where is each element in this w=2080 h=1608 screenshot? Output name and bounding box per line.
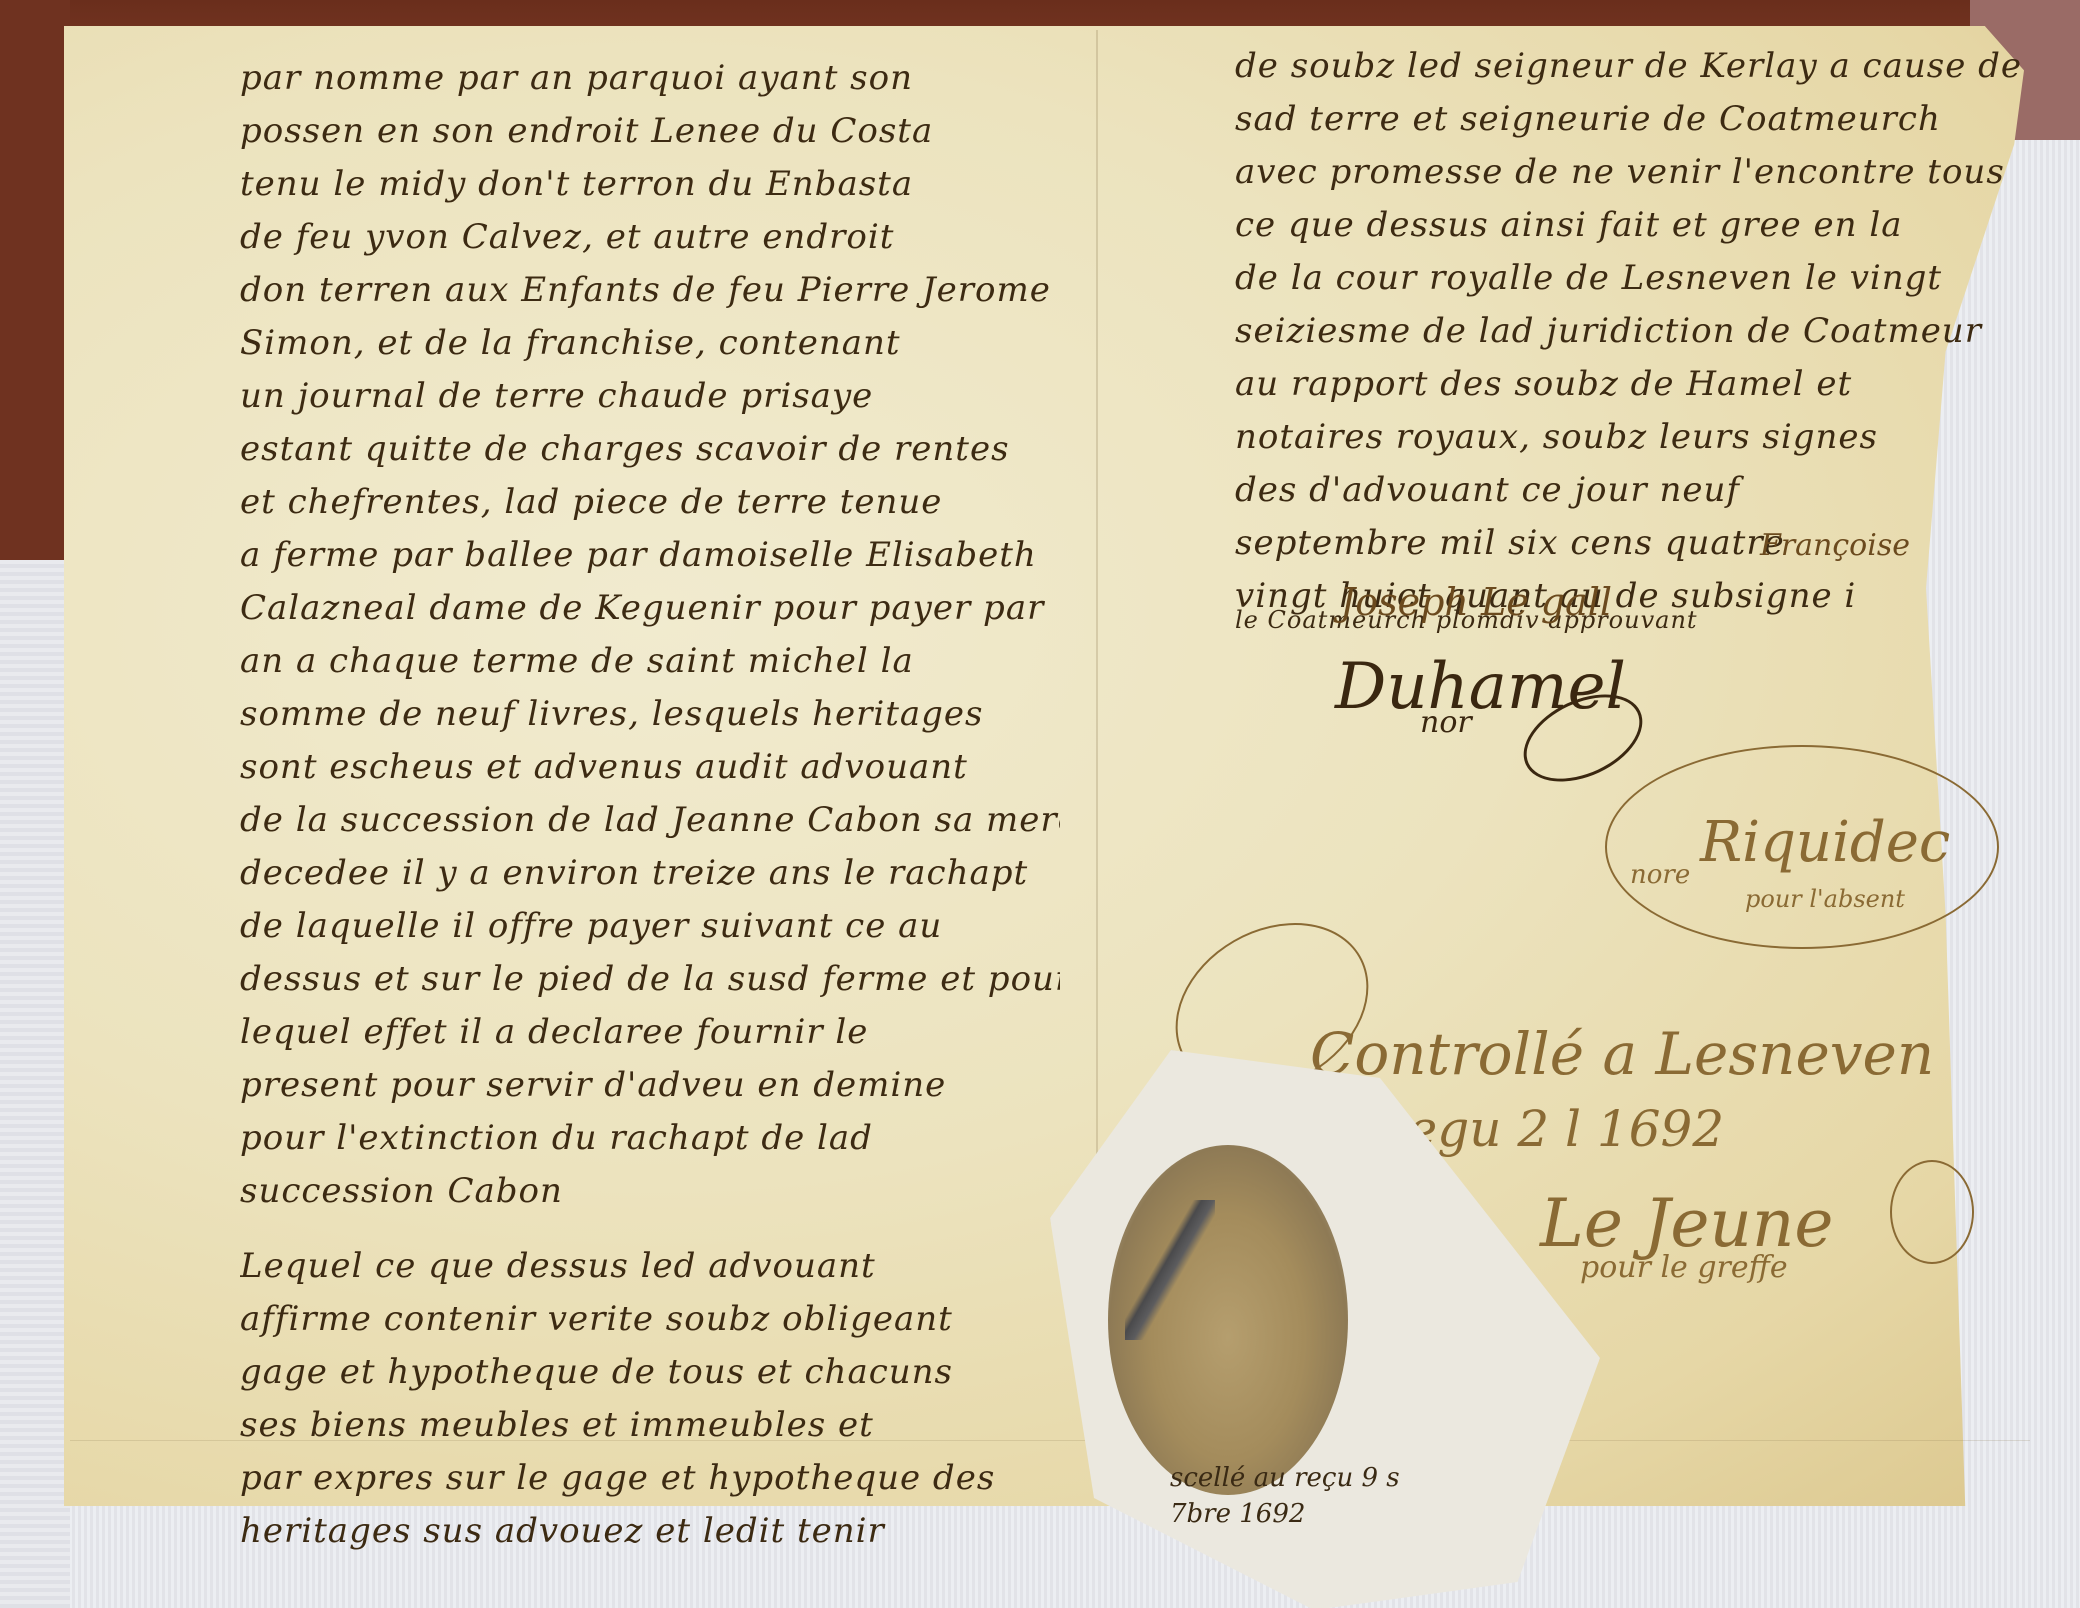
wooden-surface-left [0,0,70,570]
seal-note-line: 7bre 1692 [1170,1496,1400,1532]
controlle-stamp: Controllé a Lesneven [1310,1020,1934,1088]
manuscript-line: estant quitte de charges scavoir de rent… [240,423,1060,476]
manuscript-line: tenu le midy don't terron du Enbasta [240,158,1060,211]
manuscript-line: Lequel ce que dessus led advouant [240,1240,1060,1293]
seal-crack [1125,1200,1215,1340]
flourish-icon [1890,1160,1974,1264]
manuscript-line: septembre mil six cens quatre [1235,517,2035,570]
manuscript-line: de feu yvon Calvez, et autre endroit [240,211,1060,264]
signature-le-jeune-title: pour le greffe [1580,1250,1788,1285]
manuscript-line: sad terre et seigneurie de Coatmeurch [1235,93,2035,146]
signature-duhamel-title: nor [1420,705,1472,740]
manuscript-line: decedee il y a environ treize ans le rac… [240,847,1060,900]
manuscript-line: an a chaque terme de saint michel la [240,635,1060,688]
manuscript-line: par expres sur le gage et hypotheque des [240,1452,1060,1505]
manuscript-line: somme de neuf livres, lesquels heritages [240,688,1060,741]
signature-joseph-le-gall: Joseph Le gall [1340,580,1612,624]
manuscript-line: de la cour royalle de Lesneven le vingt [1235,252,2035,305]
cloth-backing-left [0,560,70,1608]
manuscript-line: a ferme par ballee par damoiselle Elisab… [240,529,1060,582]
seal-annotation: scellé au reçu 9 s 7bre 1692 [1170,1460,1400,1532]
manuscript-line: notaires royaux, soubz leurs signes [1235,411,2035,464]
manuscript-line: ce que dessus ainsi fait et gree en la [1235,199,2035,252]
manuscript-line: Simon, et de la franchise, contenant [240,317,1060,370]
manuscript-line: pour l'extinction du rachapt de lad [240,1112,1060,1165]
manuscript-line: et chefrentes, lad piece de terre tenue [240,476,1060,529]
manuscript-line: de soubz led seigneur de Kerlay a cause … [1235,40,2035,93]
seal-note-line: scellé au reçu 9 s [1170,1460,1400,1496]
manuscript-line: des d'advouant ce jour neuf [1235,464,2035,517]
manuscript-line: par nomme par an parquoi ayant son [240,52,1060,105]
manuscript-line: present pour servir d'adveu en demine [240,1059,1060,1112]
manuscript-line: sont escheus et advenus audit advouant [240,741,1060,794]
right-text-column: de soubz led seigneur de Kerlay a cause … [1235,40,2035,635]
manuscript-line: don terren aux Enfants de feu Pierre Jer… [240,264,1060,317]
manuscript-line: Calazneal dame de Keguenir pour payer pa… [240,582,1060,635]
left-text-column: par nomme par an parquoi ayant son posse… [240,52,1060,1558]
manuscript-line: affirme contenir verite soubz obligeant [240,1293,1060,1346]
flourish-icon [1605,745,1999,949]
manuscript-line: un journal de terre chaude prisaye [240,370,1060,423]
manuscript-line: avec promesse de ne venir l'encontre tou… [1235,146,2035,199]
manuscript-line: ses biens meubles et immeubles et [240,1399,1060,1452]
manuscript-line: gage et hypotheque de tous et chacuns [240,1346,1060,1399]
manuscript-line: au rapport des soubz de Hamel et [1235,358,2035,411]
signature-francoise: Françoise [1760,528,1910,563]
manuscript-line: heritages sus advouez et ledit tenir [240,1505,1060,1558]
manuscript-line: possen en son endroit Lenee du Costa [240,105,1060,158]
manuscript-line: de la succession de lad Jeanne Cabon sa … [240,794,1060,847]
manuscript-line: de laquelle il offre payer suivant ce au [240,900,1060,953]
manuscript-line: lequel effet il a declaree fournir le [240,1006,1060,1059]
manuscript-line: seiziesme de lad juridiction de Coatmeur [1235,305,2035,358]
manuscript-line: dessus et sur le pied de la susd ferme e… [240,953,1060,1006]
manuscript-line: succession Cabon [240,1165,1060,1218]
